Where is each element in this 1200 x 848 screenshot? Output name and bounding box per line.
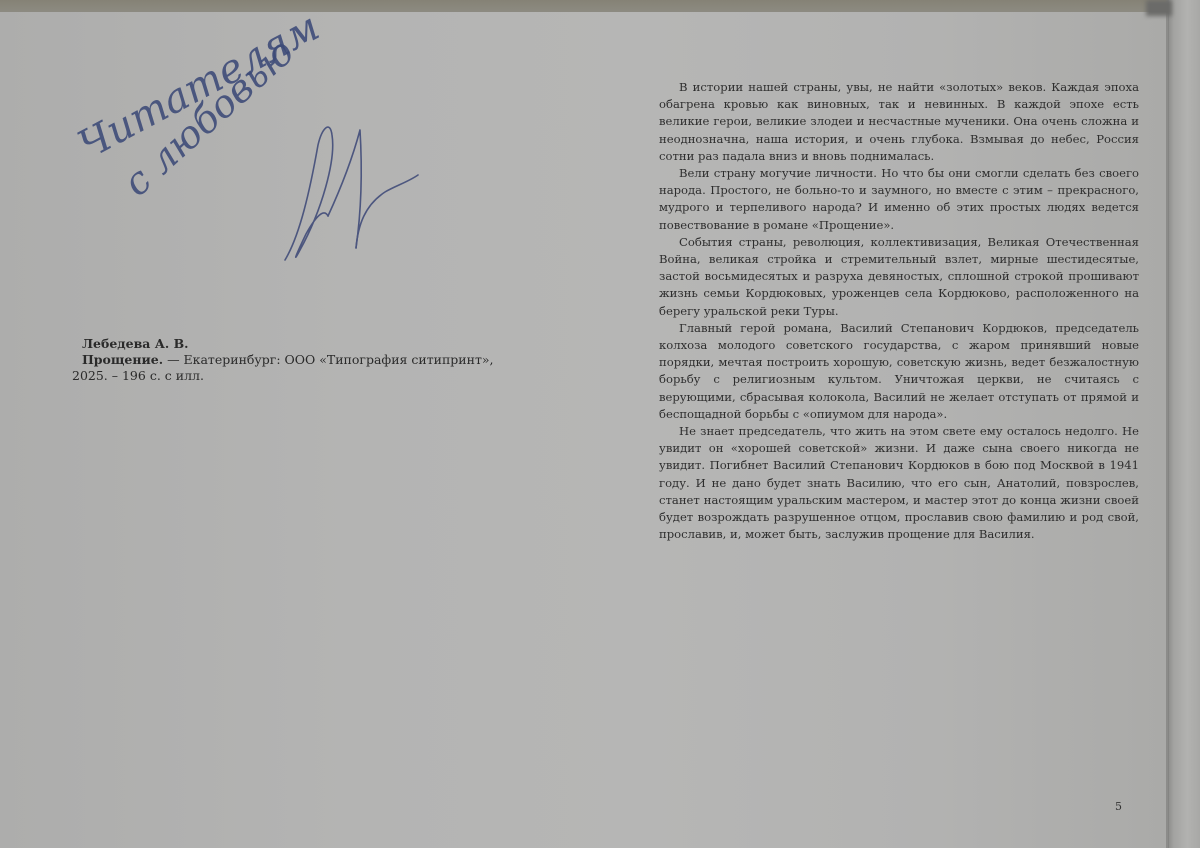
page-number: 5 xyxy=(1115,800,1122,813)
page-edge-line xyxy=(1166,0,1169,848)
year-pages: 2025. – 196 с. с илл. xyxy=(72,368,542,384)
main-text-column: В истории нашей страны, увы, не найти «з… xyxy=(659,79,1139,543)
paragraph: Не знает председатель, что жить на этом … xyxy=(659,423,1139,543)
paragraph: Вели страну могучие личности. Но что бы … xyxy=(659,165,1139,234)
signature-icon xyxy=(285,127,418,260)
inscription-drawing: Читателям с любовью xyxy=(60,20,460,310)
book-title: Прощение. xyxy=(82,352,163,367)
bibliographic-record: Лебедева А. В. Прощение. — Екатеринбург:… xyxy=(72,336,542,384)
paragraph: Главный герой романа, Василий Степанович… xyxy=(659,320,1139,423)
author-name: Лебедева А. В. xyxy=(72,336,542,352)
handwritten-inscription: Читателям с любовью xyxy=(60,20,460,310)
paragraph: В истории нашей страны, увы, не найти «з… xyxy=(659,79,1139,165)
shadow-blob xyxy=(1146,0,1172,16)
page-edge-right xyxy=(1168,0,1200,848)
publisher: — Екатеринбург: ООО «Типография ситиприн… xyxy=(163,352,493,367)
paragraph: События страны, революция, коллективизац… xyxy=(659,234,1139,320)
publication-info: Прощение. — Екатеринбург: ООО «Типографи… xyxy=(72,352,542,368)
